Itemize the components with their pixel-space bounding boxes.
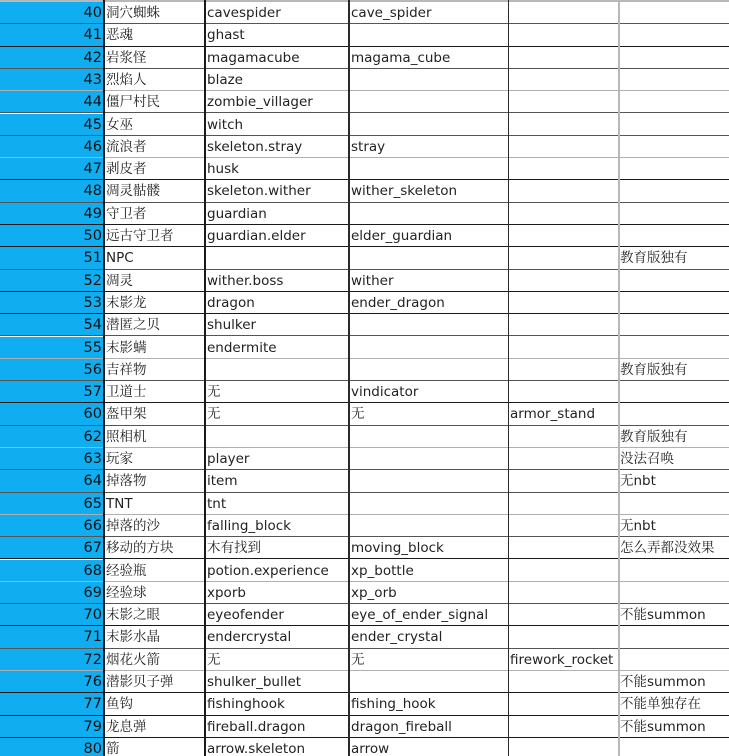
cell-extra-id[interactable]: firework_rocket — [508, 649, 618, 670]
cell-new-id[interactable]: arrow — [349, 738, 508, 756]
cell-old-id[interactable]: zombie_villager — [205, 91, 349, 112]
cell-id[interactable]: 49 — [0, 203, 104, 224]
cell-extra-id[interactable] — [508, 448, 618, 469]
cell-id[interactable]: 40 — [0, 2, 104, 23]
cell-note[interactable] — [618, 560, 729, 581]
cell-new-id[interactable] — [349, 114, 508, 135]
cell-extra-id[interactable] — [508, 225, 618, 246]
cell-old-id[interactable]: blaze — [205, 69, 349, 90]
cell-new-id[interactable]: fishing_hook — [349, 693, 508, 714]
cell-id[interactable]: 72 — [0, 649, 104, 670]
cell-chinese-name[interactable]: NPC — [104, 247, 205, 268]
cell-note[interactable]: 没法召唤 — [618, 448, 729, 469]
cell-extra-id[interactable]: armor_stand — [508, 403, 618, 424]
cell-new-id[interactable]: 无 — [349, 403, 508, 424]
cell-id[interactable]: 48 — [0, 180, 104, 201]
cell-note[interactable]: 无nbt — [618, 515, 729, 536]
cell-chinese-name[interactable]: 经验球 — [104, 582, 205, 603]
cell-note[interactable]: 教育版独有 — [618, 247, 729, 268]
cell-extra-id[interactable] — [508, 537, 618, 558]
cell-note[interactable] — [618, 493, 729, 514]
cell-extra-id[interactable] — [508, 716, 618, 737]
cell-chinese-name[interactable]: 卫道士 — [104, 381, 205, 402]
cell-old-id[interactable]: guardian — [205, 203, 349, 224]
cell-extra-id[interactable] — [508, 515, 618, 536]
column-divider — [204, 0, 206, 756]
cell-old-id[interactable]: fishinghook — [205, 693, 349, 714]
cell-new-id[interactable]: ender_crystal — [349, 626, 508, 647]
cell-note[interactable]: 教育版独有 — [618, 426, 729, 447]
cell-id[interactable]: 56 — [0, 359, 104, 380]
cell-new-id[interactable] — [349, 69, 508, 90]
cell-note[interactable] — [618, 2, 729, 23]
cell-id[interactable]: 69 — [0, 582, 104, 603]
cell-new-id[interactable]: xp_bottle — [349, 560, 508, 581]
cell-id[interactable]: 41 — [0, 24, 104, 45]
cell-note[interactable] — [618, 203, 729, 224]
cell-old-id[interactable] — [205, 426, 349, 447]
cell-old-id[interactable]: guardian.elder — [205, 225, 349, 246]
cell-old-id[interactable] — [205, 247, 349, 268]
cell-extra-id[interactable] — [508, 470, 618, 491]
cell-old-id[interactable]: 无 — [205, 381, 349, 402]
cell-extra-id[interactable] — [508, 158, 618, 179]
cell-note[interactable] — [618, 114, 729, 135]
cell-chinese-name[interactable]: 玩家 — [104, 448, 205, 469]
cell-chinese-name[interactable]: 龙息弹 — [104, 716, 205, 737]
cell-new-id[interactable] — [349, 470, 508, 491]
cell-id[interactable]: 62 — [0, 426, 104, 447]
cell-new-id[interactable]: moving_block — [349, 537, 508, 558]
cell-note[interactable] — [618, 292, 729, 313]
cell-note[interactable] — [618, 69, 729, 90]
cell-extra-id[interactable] — [508, 136, 618, 157]
cell-extra-id[interactable] — [508, 247, 618, 268]
cell-new-id[interactable]: magama_cube — [349, 47, 508, 68]
cell-chinese-name[interactable]: 凋灵 — [104, 270, 205, 291]
cell-new-id[interactable]: wither_skeleton — [349, 180, 508, 201]
cell-new-id[interactable] — [349, 515, 508, 536]
cell-note[interactable]: 怎么弄都没效果 — [618, 537, 729, 558]
cell-extra-id[interactable] — [508, 560, 618, 581]
cell-note[interactable] — [618, 626, 729, 647]
cell-note[interactable] — [618, 225, 729, 246]
cell-note[interactable] — [618, 381, 729, 402]
cell-old-id[interactable]: dragon — [205, 292, 349, 313]
cell-chinese-name[interactable]: 经验瓶 — [104, 560, 205, 581]
cell-chinese-name[interactable]: 鱼钩 — [104, 693, 205, 714]
cell-chinese-name[interactable]: 末影之眼 — [104, 604, 205, 625]
column-divider — [103, 0, 105, 756]
cell-id[interactable]: 44 — [0, 91, 104, 112]
cell-new-id[interactable]: xp_orb — [349, 582, 508, 603]
cell-new-id[interactable] — [349, 91, 508, 112]
cell-old-id[interactable]: player — [205, 448, 349, 469]
cell-id[interactable]: 43 — [0, 69, 104, 90]
cell-chinese-name[interactable]: 远古守卫者 — [104, 225, 205, 246]
cell-chinese-name[interactable]: 凋灵骷髅 — [104, 180, 205, 201]
cell-old-id[interactable]: xporb — [205, 582, 349, 603]
cell-old-id[interactable]: 无 — [205, 649, 349, 670]
cell-chinese-name[interactable]: 吉祥物 — [104, 359, 205, 380]
cell-id[interactable]: 45 — [0, 114, 104, 135]
cell-note[interactable]: 不能summon — [618, 604, 729, 625]
cell-id[interactable]: 67 — [0, 537, 104, 558]
cell-old-id[interactable]: arrow.skeleton — [205, 738, 349, 756]
cell-note[interactable] — [618, 136, 729, 157]
cell-new-id[interactable] — [349, 337, 508, 358]
cell-new-id[interactable] — [349, 247, 508, 268]
cell-extra-id[interactable] — [508, 693, 618, 714]
cell-new-id[interactable] — [349, 314, 508, 335]
cell-chinese-name[interactable]: 盔甲架 — [104, 403, 205, 424]
cell-id[interactable]: 68 — [0, 560, 104, 581]
cell-extra-id[interactable] — [508, 626, 618, 647]
column-divider — [618, 0, 620, 756]
cell-old-id[interactable] — [205, 359, 349, 380]
cell-old-id[interactable]: skeleton.wither — [205, 180, 349, 201]
cell-old-id[interactable]: endercrystal — [205, 626, 349, 647]
cell-id[interactable]: 60 — [0, 403, 104, 424]
cell-id[interactable]: 47 — [0, 158, 104, 179]
cell-id[interactable]: 51 — [0, 247, 104, 268]
cell-chinese-name[interactable]: 潜匿之贝 — [104, 314, 205, 335]
cell-note[interactable] — [618, 337, 729, 358]
cell-id[interactable]: 54 — [0, 314, 104, 335]
cell-new-id[interactable] — [349, 426, 508, 447]
cell-extra-id[interactable] — [508, 2, 618, 23]
cell-new-id[interactable] — [349, 24, 508, 45]
cell-new-id[interactable]: wither — [349, 270, 508, 291]
cell-old-id[interactable]: tnt — [205, 493, 349, 514]
cell-id[interactable]: 66 — [0, 515, 104, 536]
cell-note[interactable] — [618, 649, 729, 670]
cell-note[interactable] — [618, 270, 729, 291]
cell-old-id[interactable]: cavespider — [205, 2, 349, 23]
cell-old-id[interactable]: skeleton.stray — [205, 136, 349, 157]
cell-extra-id[interactable] — [508, 270, 618, 291]
cell-extra-id[interactable] — [508, 671, 618, 692]
cell-new-id[interactable]: eye_of_ender_signal — [349, 604, 508, 625]
cell-chinese-name[interactable]: 烈焰人 — [104, 69, 205, 90]
cell-old-id[interactable]: magamacube — [205, 47, 349, 68]
cell-chinese-name[interactable]: 移动的方块 — [104, 537, 205, 558]
cell-old-id[interactable]: potion.experience — [205, 560, 349, 581]
cell-note[interactable] — [618, 47, 729, 68]
cell-new-id[interactable] — [349, 203, 508, 224]
cell-chinese-name[interactable]: TNT — [104, 493, 205, 514]
cell-note[interactable] — [618, 403, 729, 424]
cell-new-id[interactable]: 无 — [349, 649, 508, 670]
cell-new-id[interactable]: cave_spider — [349, 2, 508, 23]
cell-extra-id[interactable] — [508, 314, 618, 335]
cell-chinese-name[interactable]: 末影龙 — [104, 292, 205, 313]
cell-extra-id[interactable] — [508, 582, 618, 603]
cell-chinese-name[interactable]: 岩浆怪 — [104, 47, 205, 68]
cell-chinese-name[interactable]: 掉落的沙 — [104, 515, 205, 536]
cell-id[interactable]: 63 — [0, 448, 104, 469]
cell-new-id[interactable]: elder_guardian — [349, 225, 508, 246]
cell-chinese-name[interactable]: 箭 — [104, 738, 205, 756]
cell-old-id[interactable]: item — [205, 470, 349, 491]
cell-note[interactable] — [618, 314, 729, 335]
cell-old-id[interactable]: shulker — [205, 314, 349, 335]
cell-id[interactable]: 46 — [0, 136, 104, 157]
cell-note[interactable]: 教育版独有 — [618, 359, 729, 380]
cell-old-id[interactable]: fireball.dragon — [205, 716, 349, 737]
cell-new-id[interactable] — [349, 671, 508, 692]
cell-new-id[interactable] — [349, 158, 508, 179]
cell-chinese-name[interactable]: 末影水晶 — [104, 626, 205, 647]
cell-id[interactable]: 71 — [0, 626, 104, 647]
cell-old-id[interactable]: witch — [205, 114, 349, 135]
cell-extra-id[interactable] — [508, 359, 618, 380]
cell-note[interactable] — [618, 582, 729, 603]
cell-old-id[interactable]: wither.boss — [205, 270, 349, 291]
cell-new-id[interactable]: ender_dragon — [349, 292, 508, 313]
cell-chinese-name[interactable]: 末影螨 — [104, 337, 205, 358]
cell-id[interactable]: 50 — [0, 225, 104, 246]
cell-old-id[interactable]: endermite — [205, 337, 349, 358]
cell-id[interactable]: 77 — [0, 693, 104, 714]
cell-note[interactable]: 不能summon — [618, 671, 729, 692]
cell-extra-id[interactable] — [508, 91, 618, 112]
cell-old-id[interactable]: ghast — [205, 24, 349, 45]
cell-extra-id[interactable] — [508, 493, 618, 514]
cell-chinese-name[interactable]: 潜影贝子弹 — [104, 671, 205, 692]
cell-new-id[interactable] — [349, 448, 508, 469]
cell-extra-id[interactable] — [508, 292, 618, 313]
cell-note[interactable] — [618, 180, 729, 201]
cell-note[interactable] — [618, 24, 729, 45]
cell-id[interactable]: 55 — [0, 337, 104, 358]
cell-chinese-name[interactable]: 僵尸村民 — [104, 91, 205, 112]
cell-new-id[interactable]: stray — [349, 136, 508, 157]
cell-extra-id[interactable] — [508, 337, 618, 358]
cell-chinese-name[interactable]: 恶魂 — [104, 24, 205, 45]
cell-note[interactable] — [618, 158, 729, 179]
cell-old-id[interactable]: falling_block — [205, 515, 349, 536]
cell-old-id[interactable]: 无 — [205, 403, 349, 424]
cell-note[interactable]: 无nbt — [618, 470, 729, 491]
cell-chinese-name[interactable]: 守卫者 — [104, 203, 205, 224]
cell-new-id[interactable] — [349, 493, 508, 514]
cell-extra-id[interactable] — [508, 426, 618, 447]
cell-chinese-name[interactable]: 照相机 — [104, 426, 205, 447]
cell-note[interactable] — [618, 91, 729, 112]
cell-extra-id[interactable] — [508, 180, 618, 201]
cell-extra-id[interactable] — [508, 738, 618, 756]
cell-old-id[interactable]: shulker_bullet — [205, 671, 349, 692]
cell-extra-id[interactable] — [508, 47, 618, 68]
cell-id[interactable]: 64 — [0, 470, 104, 491]
cell-id[interactable]: 42 — [0, 47, 104, 68]
cell-extra-id[interactable] — [508, 114, 618, 135]
cell-chinese-name[interactable]: 烟花火箭 — [104, 649, 205, 670]
cell-chinese-name[interactable]: 洞穴蜘蛛 — [104, 2, 205, 23]
cell-extra-id[interactable] — [508, 203, 618, 224]
cell-extra-id[interactable] — [508, 604, 618, 625]
cell-chinese-name[interactable]: 女巫 — [104, 114, 205, 135]
cell-id[interactable]: 65 — [0, 493, 104, 514]
cell-note[interactable] — [618, 738, 729, 756]
cell-id[interactable]: 79 — [0, 716, 104, 737]
cell-note[interactable]: 不能单独存在 — [618, 693, 729, 714]
cell-id[interactable]: 76 — [0, 671, 104, 692]
cell-new-id[interactable] — [349, 359, 508, 380]
cell-old-id[interactable]: eyeofender — [205, 604, 349, 625]
cell-old-id[interactable]: 木有找到 — [205, 537, 349, 558]
cell-extra-id[interactable] — [508, 69, 618, 90]
cell-new-id[interactable]: vindicator — [349, 381, 508, 402]
cell-extra-id[interactable] — [508, 24, 618, 45]
column-divider — [508, 0, 510, 756]
cell-chinese-name[interactable]: 剥皮者 — [104, 158, 205, 179]
cell-chinese-name[interactable]: 流浪者 — [104, 136, 205, 157]
cell-extra-id[interactable] — [508, 381, 618, 402]
cell-id[interactable]: 57 — [0, 381, 104, 402]
cell-note[interactable]: 不能summon — [618, 716, 729, 737]
cell-id[interactable]: 80 — [0, 738, 104, 756]
cell-new-id[interactable]: dragon_fireball — [349, 716, 508, 737]
cell-chinese-name[interactable]: 掉落物 — [104, 470, 205, 491]
cell-id[interactable]: 52 — [0, 270, 104, 291]
cell-old-id[interactable]: husk — [205, 158, 349, 179]
cell-id[interactable]: 53 — [0, 292, 104, 313]
cell-id[interactable]: 70 — [0, 604, 104, 625]
column-divider — [348, 0, 350, 756]
